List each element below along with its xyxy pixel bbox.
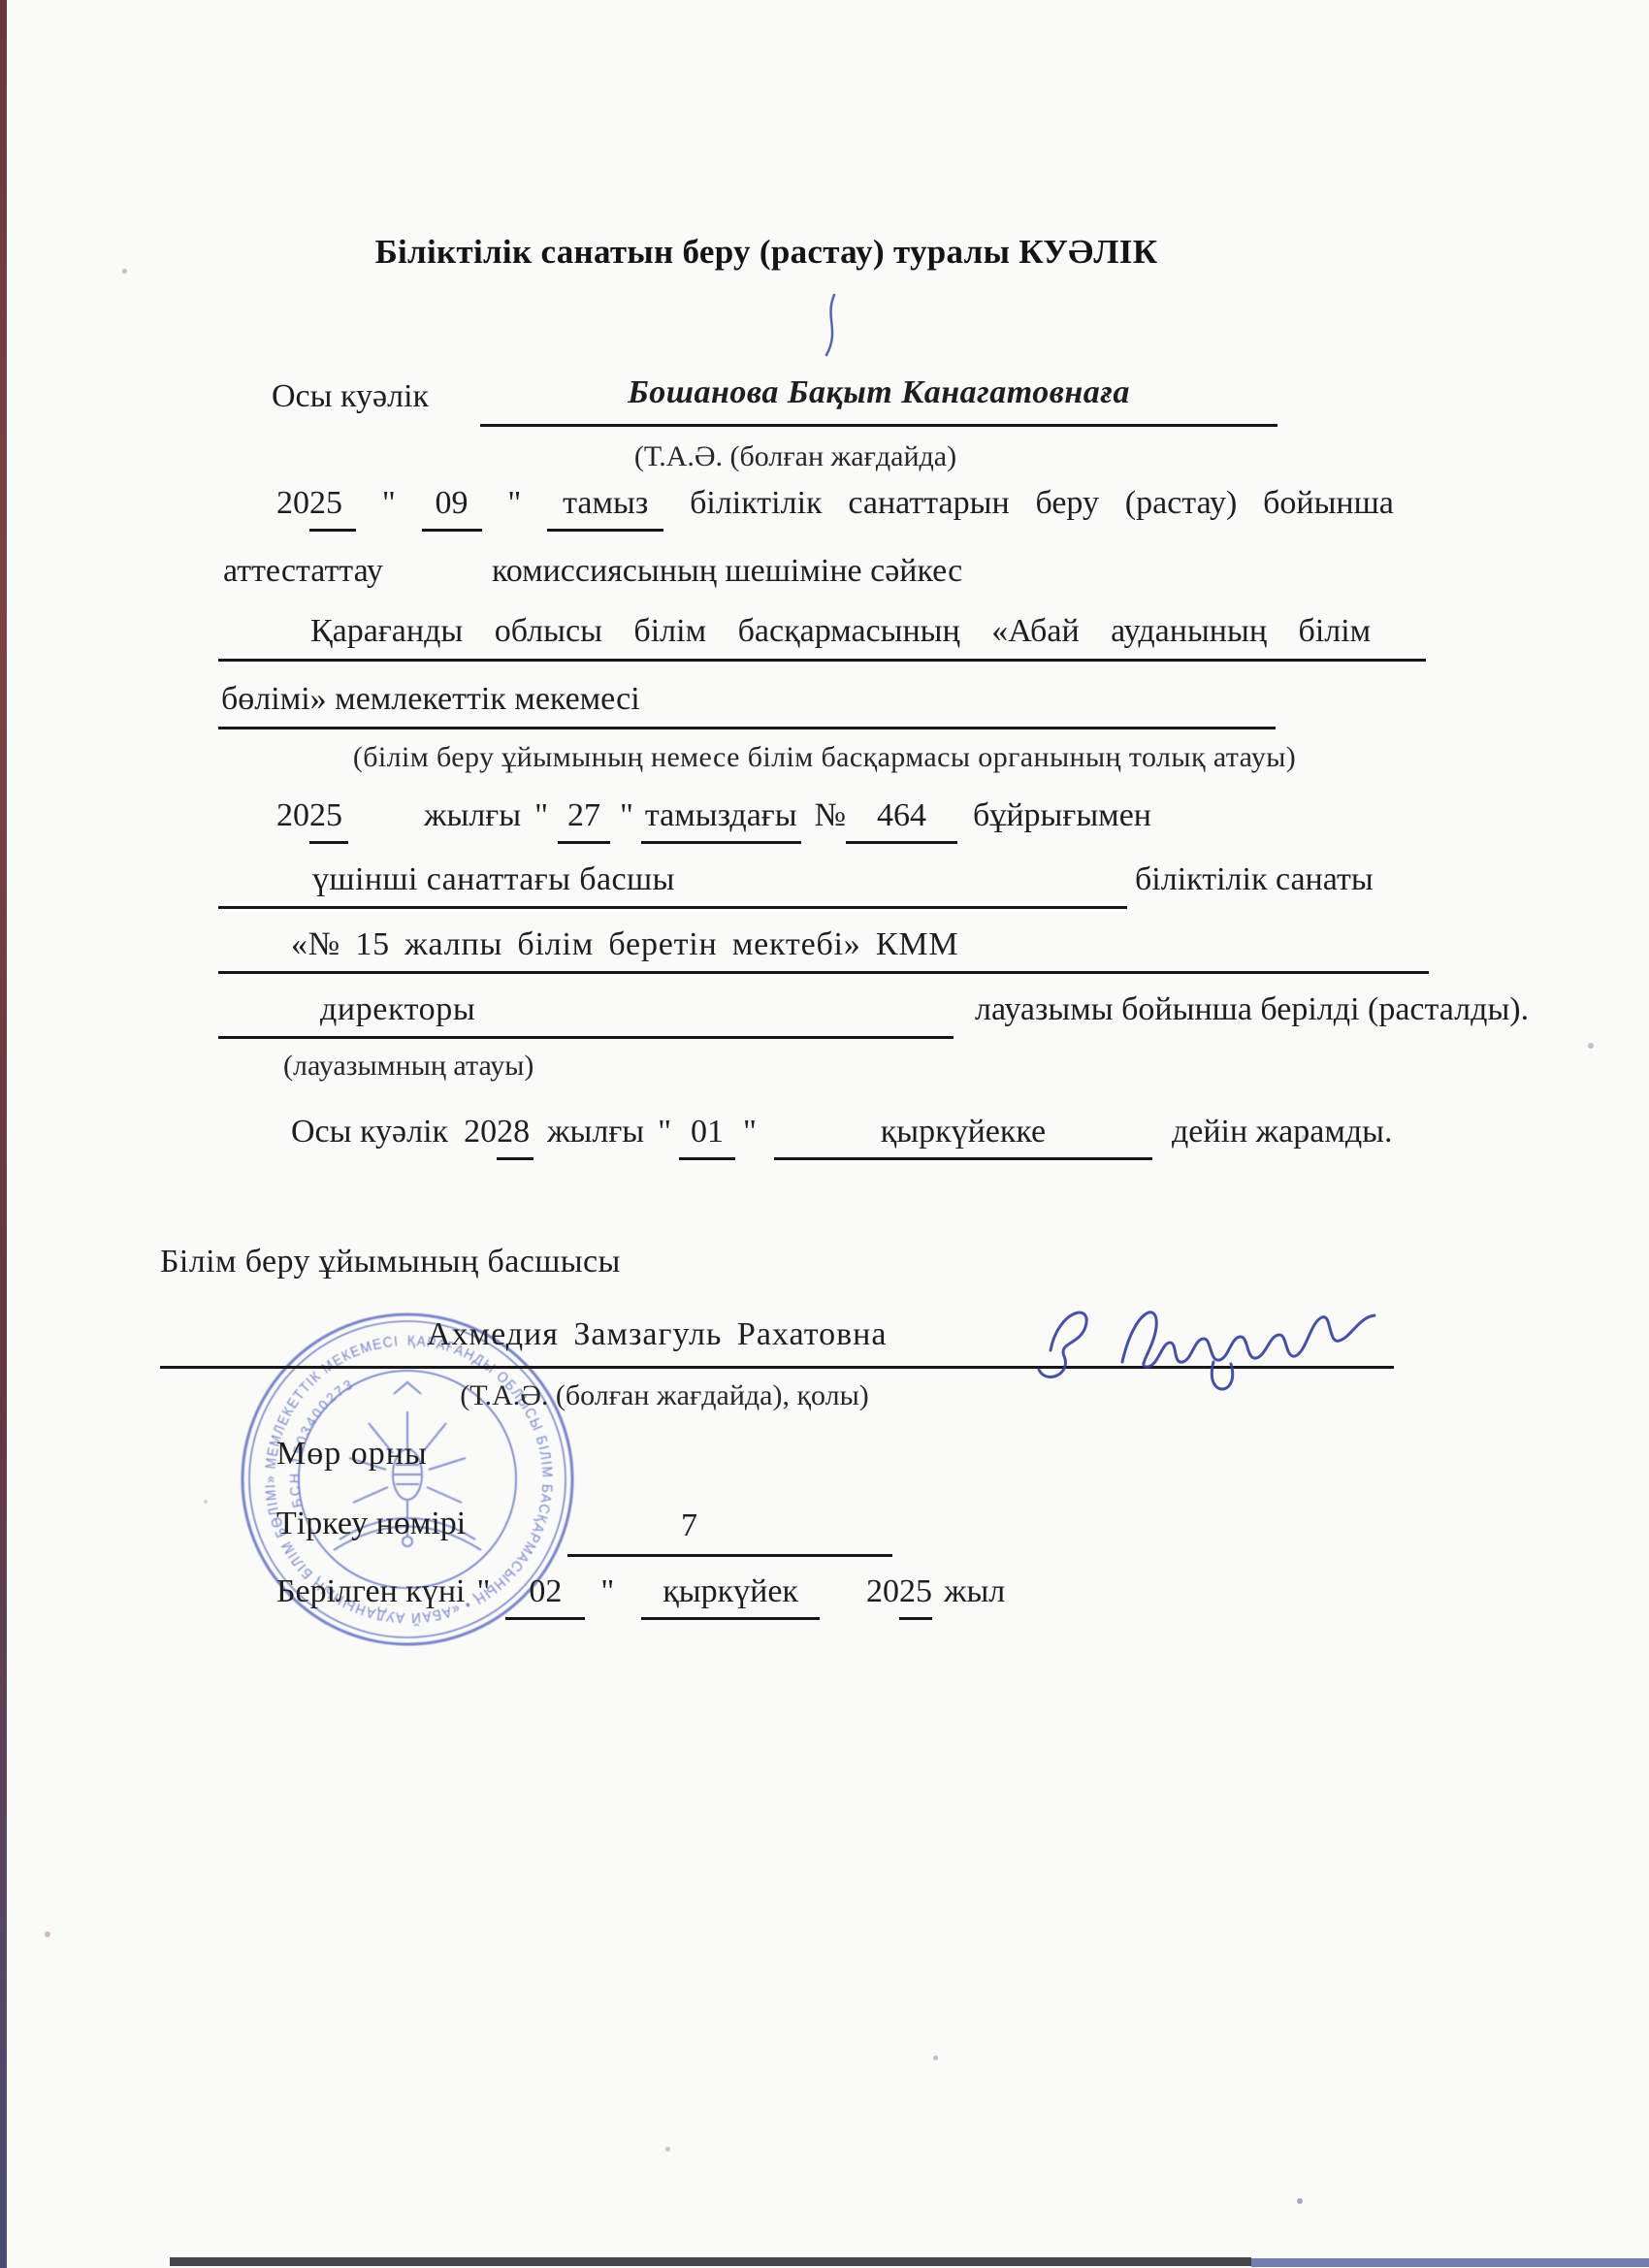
underline-rule — [218, 1036, 954, 1039]
registration-number: 7 — [681, 1506, 697, 1547]
order-day: 27 — [558, 795, 610, 844]
scan-speck — [204, 1500, 208, 1504]
recipient-hint: (Т.А.Ә. (болған жағдайда) — [538, 438, 1052, 475]
recipient-name: Бошанова Бақыт Канагатовнаға — [480, 373, 1277, 414]
validity-month: қыркүйекке — [774, 1112, 1152, 1160]
decision-word: (растау) — [1125, 483, 1237, 525]
stamp-place-label: Мөр орны — [276, 1434, 428, 1475]
scan-speck — [1297, 2198, 1303, 2204]
head-label: Білім беру ұйымының басшысы — [160, 1242, 621, 1283]
decision-line: 2025 " 09 " тамыз біліктілік санаттарын … — [276, 483, 1394, 532]
underline-rule — [218, 727, 1276, 729]
quote-mark: " — [743, 1112, 757, 1153]
order-number-sign: № — [815, 795, 846, 837]
order-year-filled: 25 — [309, 795, 348, 844]
decision-word: беру — [1035, 483, 1099, 525]
head-name: Ахмедия Замзагуль Рахатовна — [427, 1314, 887, 1356]
signature-handwriting — [1014, 1253, 1421, 1409]
scan-speck — [1588, 1043, 1594, 1049]
scan-edge-bottom-blue — [1251, 2258, 1649, 2267]
position-suffix: лауазымы бойынша берілді (расталды). — [975, 989, 1529, 1031]
issued-year-filled: 25 — [899, 1571, 932, 1620]
registration-label: Тіркеу нөмірі — [276, 1504, 466, 1545]
issued-month: қыркүйек — [641, 1571, 820, 1620]
position-value: директоры — [320, 989, 475, 1031]
issued-line: Берілген күні " 02 " қыркүйек 2025 жыл — [276, 1571, 1005, 1620]
quote-mark: " — [476, 1571, 490, 1613]
validity-year-static: 20 — [464, 1112, 497, 1153]
validity-prefix: Осы куәлік — [291, 1112, 448, 1153]
decision-phrase: комиссиясының шешіміне сәйкес — [492, 551, 962, 593]
underline-rule — [218, 906, 1127, 909]
decision-word: аттестаттау — [223, 551, 383, 593]
pen-mark — [813, 289, 852, 362]
order-line: 2025 жылғы " 27 " тамыздағы № 464 бұйрығ… — [276, 795, 1151, 844]
underline-rule — [218, 659, 1426, 662]
decision-day: 09 — [422, 483, 482, 532]
quote-mark: " — [382, 483, 396, 525]
validity-day: 01 — [679, 1112, 735, 1160]
organization-line-2: бөлімі» мемлекеттік мекемесі — [221, 679, 640, 721]
validity-year-label: жылғы — [547, 1112, 644, 1153]
decision-year-static: 20 — [276, 483, 309, 525]
validity-year-filled: 28 — [497, 1112, 533, 1160]
order-month: тамыздағы — [641, 795, 801, 844]
underline-rule — [480, 424, 1277, 427]
quote-mark: " — [620, 795, 633, 837]
issued-label: Берілген күні — [276, 1571, 465, 1613]
position-hint: (лауазымның атауы) — [283, 1048, 533, 1085]
underline-rule — [218, 971, 1429, 974]
quote-mark: " — [534, 795, 548, 837]
order-year-label: жылғы — [424, 795, 521, 837]
issued-day: 02 — [505, 1571, 585, 1620]
decision-month: тамыз — [547, 483, 663, 532]
quote-mark: " — [507, 483, 521, 525]
issued-year-suffix: жыл — [944, 1571, 1005, 1613]
issued-year-static: 20 — [866, 1571, 899, 1613]
scan-edge-bottom — [170, 2257, 1251, 2266]
head-hint: (Т.А.Ә. (болған жағдайда), қолы) — [417, 1377, 912, 1414]
category-value: үшінші санаттағы басшы — [312, 859, 675, 901]
decision-word: біліктілік — [690, 483, 822, 525]
decision-year-filled: 25 — [309, 483, 356, 532]
validity-suffix: дейін жарамды. — [1172, 1112, 1393, 1153]
recipient-label: Осы куәлік — [272, 376, 429, 418]
organization-hint: (білім беру ұйымының немесе білім басқар… — [272, 739, 1377, 776]
scan-edge-left — [0, 0, 7, 2268]
scan-speck — [933, 2056, 938, 2060]
order-suffix: бұйрығымен — [973, 795, 1151, 837]
order-number: 464 — [846, 795, 957, 844]
decision-word: санаттарын — [848, 483, 1009, 525]
category-suffix: біліктілік санаты — [1135, 859, 1374, 901]
scanned-certificate-page: { "glyphs": { "quote": "\"" }, "title": … — [0, 0, 1649, 2268]
order-year-static: 20 — [276, 795, 309, 837]
scan-speck — [45, 1931, 50, 1937]
organization-line-1: Қарағанды облысы білім басқармасының «Аб… — [218, 611, 1426, 653]
quote-mark: " — [600, 1571, 614, 1613]
school-value: «№ 15 жалпы білім беретін мектебі» КММ — [291, 924, 958, 966]
validity-line: Осы куәлік 2028 жылғы " 01 " қыркүйекке … — [291, 1112, 1393, 1160]
decision-line-2: аттестаттау комиссиясының шешіміне сәйке… — [223, 551, 962, 593]
decision-word: бойынша — [1263, 483, 1394, 525]
quote-mark: " — [658, 1112, 671, 1153]
underline-rule — [567, 1554, 892, 1557]
certificate-title: Біліктілік санатын беру (растау) туралы … — [116, 231, 1416, 274]
scan-speck — [665, 2147, 670, 2152]
